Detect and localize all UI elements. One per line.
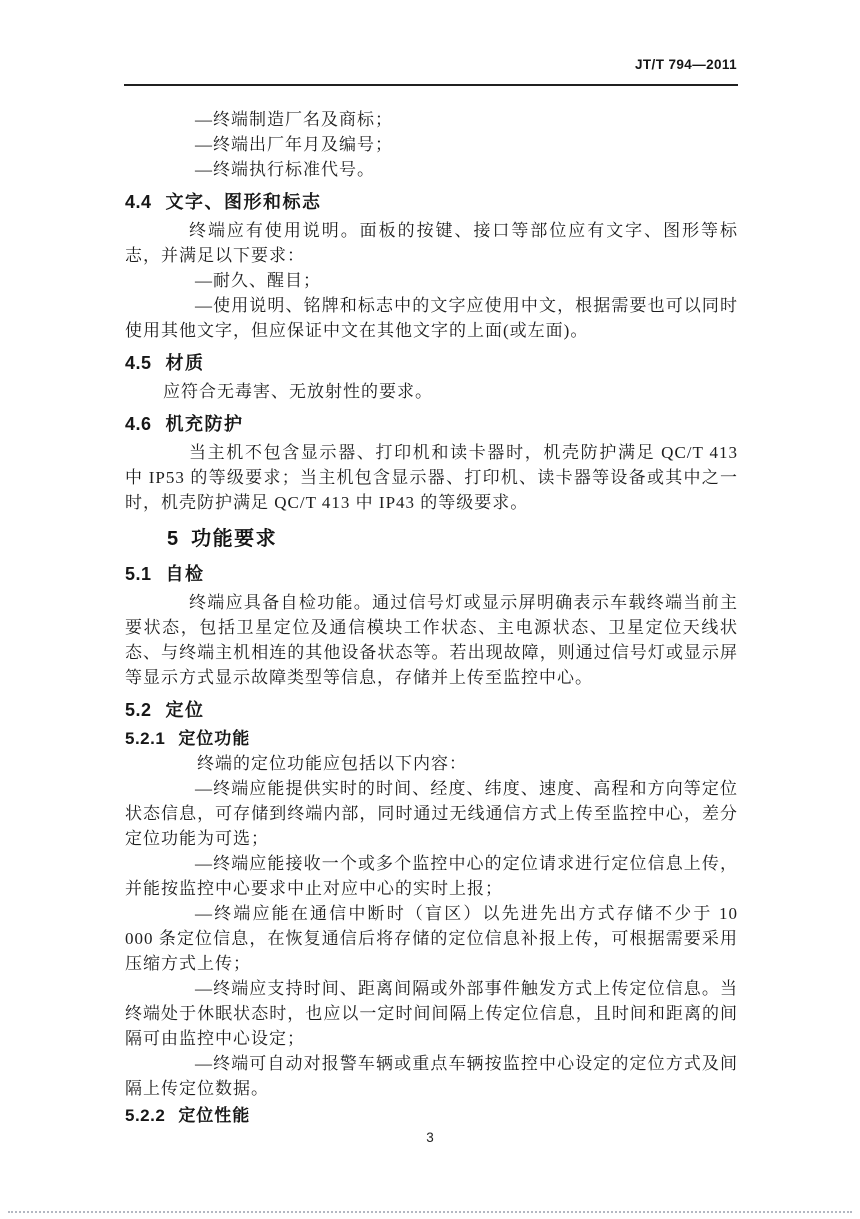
- subsection-heading-5-2-2: 5.2.2定位性能: [125, 1103, 738, 1128]
- footer-dotted-rule: [8, 1211, 852, 1213]
- heading-number: 5.2.2: [125, 1106, 165, 1125]
- list-item: —终端出厂年月及编号；: [125, 132, 738, 157]
- heading-number: 4.6: [125, 414, 152, 434]
- heading-number: 5.2.1: [125, 729, 165, 748]
- heading-number: 5: [167, 528, 178, 550]
- heading-number: 5.2: [125, 700, 152, 720]
- list-item: —耐久、醒目；: [125, 268, 738, 293]
- list-item: —终端制造厂名及商标；: [125, 107, 738, 132]
- section-heading-4-6: 4.6机充防护: [125, 411, 738, 437]
- list-item: —终端可自动对报警车辆或重点车辆按监控中心设定的定位方式及间隔上传定位数据。: [125, 1051, 738, 1101]
- heading-title: 定位性能: [178, 1106, 250, 1125]
- heading-title: 定位功能: [178, 729, 250, 748]
- subsection-heading-5-2-1: 5.2.1定位功能: [125, 726, 738, 751]
- paragraph: 终端应有使用说明。面板的按键、接口等部位应有文字、图形等标志，并满足以下要求：: [125, 218, 738, 268]
- section-heading-4-5: 4.5材质: [125, 350, 738, 376]
- heading-title: 功能要求: [191, 528, 277, 550]
- doc-code: JT/T 794—2011: [125, 57, 737, 72]
- list-item: —终端应能接收一个或多个监控中心的定位请求进行定位信息上传，并能按监控中心要求中…: [125, 851, 738, 901]
- heading-title: 自检: [166, 564, 205, 584]
- page-number: 3: [0, 1130, 860, 1145]
- list-item: —终端执行标准代号。: [125, 157, 738, 182]
- list-item: —终端应能提供实时的时间、经度、纬度、速度、高程和方向等定位状态信息，可存储到终…: [125, 776, 738, 851]
- heading-title: 机充防护: [166, 414, 244, 434]
- paragraph: 终端的定位功能应包括以下内容：: [125, 751, 738, 776]
- list-item: —终端应能在通信中断时（盲区）以先进先出方式存储不少于 10 000 条定位信息…: [125, 901, 738, 976]
- heading-title: 材质: [166, 353, 205, 373]
- paragraph: 当主机不包含显示器、打印机和读卡器时，机壳防护满足 QC/T 413 中 IP5…: [125, 440, 738, 515]
- heading-number: 4.4: [125, 192, 152, 212]
- heading-number: 5.1: [125, 564, 152, 584]
- list-item: —使用说明、铭牌和标志中的文字应使用中文，根据需要也可以同时使用其他文字，但应保…: [125, 293, 738, 343]
- heading-title: 文字、图形和标志: [166, 192, 322, 212]
- document-content: —终端制造厂名及商标； —终端出厂年月及编号； —终端执行标准代号。 4.4文字…: [125, 86, 738, 1128]
- list-item: —终端应支持时间、距离间隔或外部事件触发方式上传定位信息。当终端处于休眠状态时，…: [125, 976, 738, 1051]
- heading-number: 4.5: [125, 353, 152, 373]
- section-heading-5-2: 5.2定位: [125, 697, 738, 723]
- section-heading-5-1: 5.1自检: [125, 561, 738, 587]
- paragraph: 终端应具备自检功能。通过信号灯或显示屏明确表示车载终端当前主要状态，包括卫星定位…: [125, 590, 738, 690]
- chapter-heading-5: 5功能要求: [125, 524, 738, 554]
- heading-title: 定位: [166, 700, 205, 720]
- section-heading-4-4: 4.4文字、图形和标志: [125, 189, 738, 215]
- paragraph: 应符合无毒害、无放射性的要求。: [125, 379, 738, 404]
